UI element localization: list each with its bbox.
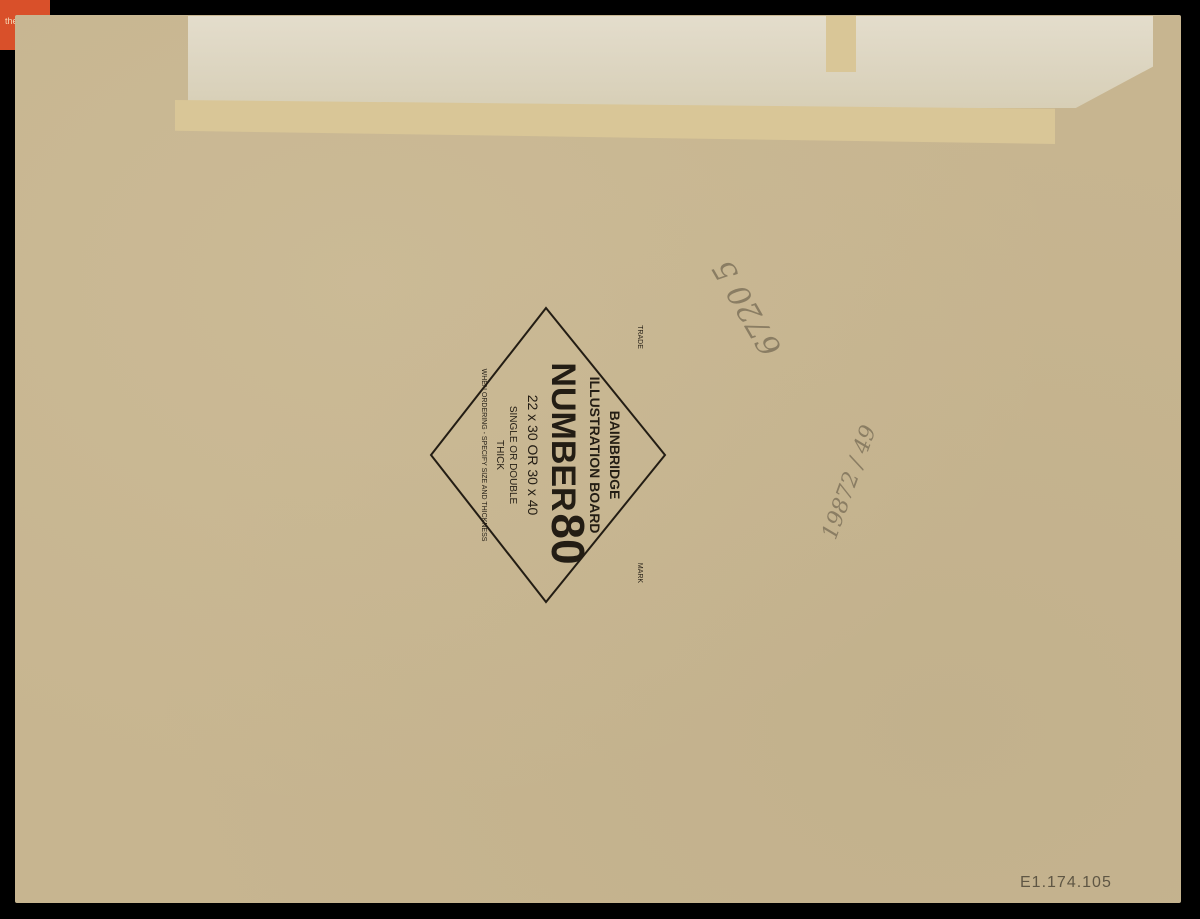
stamp-sizes: 22 x 30 OR 30 x 40 xyxy=(525,395,541,516)
stamp-number: 80 xyxy=(542,513,594,564)
stamp-product: ILLUSTRATION BOARD xyxy=(587,377,603,534)
tissue-overlay xyxy=(188,16,1153,108)
stamp-number-label: NUMBER xyxy=(544,362,582,511)
stamp-thickness-line2: THICK xyxy=(494,440,505,470)
stamp-trade: TRADE xyxy=(636,325,643,349)
tape-strip-vertical xyxy=(826,16,856,72)
bainbridge-stamp: BAINBRIDGE ILLUSTRATION BOARD NUMBER 80 … xyxy=(428,305,668,605)
stamp-mark: MARK xyxy=(636,563,643,584)
stamp-diamond: BAINBRIDGE ILLUSTRATION BOARD NUMBER 80 … xyxy=(428,305,668,605)
stamp-brand: BAINBRIDGE xyxy=(607,411,623,500)
accession-number: E1.174.105 xyxy=(1020,874,1112,892)
stamp-thickness-line1: SINGLE OR DOUBLE xyxy=(507,406,518,505)
stamp-ordering-note: WHEN ORDERING - SPECIFY SIZE AND THICKNE… xyxy=(480,369,487,542)
